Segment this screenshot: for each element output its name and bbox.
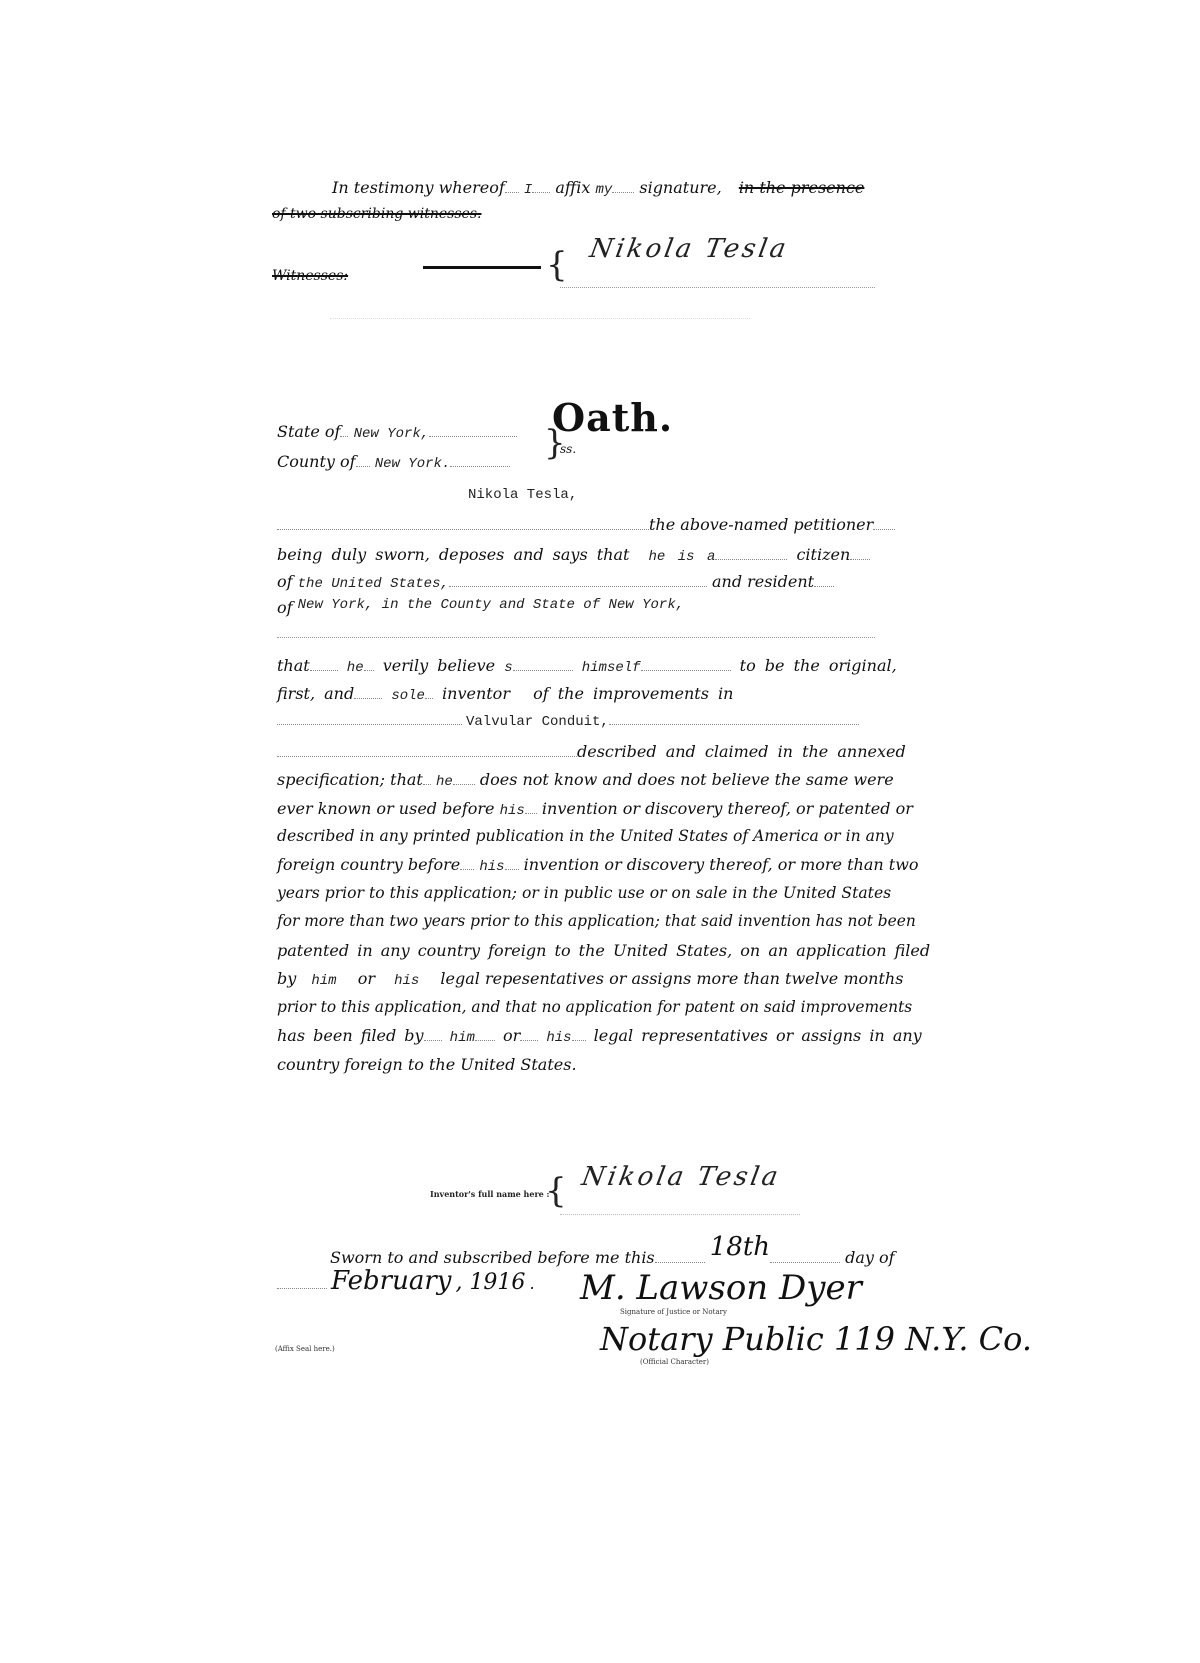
oath-text: and resident	[712, 572, 814, 591]
oath-document-page: In testimony whereof I affix my signatur…	[0, 0, 1200, 1663]
official-character-label: (Official Character)	[640, 1358, 709, 1366]
oath-line-13: years prior to this application; or in p…	[277, 884, 891, 902]
oath-text: to be the original,	[740, 656, 897, 675]
oath-line-10: ever known or used before his invention …	[277, 799, 913, 819]
oath-text: of	[277, 572, 293, 591]
oath-line-12: foreign country before his invention or …	[277, 855, 919, 875]
oath-line-4: of New York, in the County and State of …	[277, 598, 684, 618]
oath-fill: he	[347, 660, 364, 676]
oath-line-15: patented in any country foreign to the U…	[277, 941, 930, 960]
testimony-punct: ,	[717, 178, 722, 197]
oath-line-14: for more than two years prior to this ap…	[277, 912, 916, 930]
testimony-affix: affix	[555, 178, 590, 197]
oath-line-7: Valvular Conduit,	[277, 712, 859, 730]
petitioner-name: Nikola Tesla,	[468, 487, 577, 503]
day-value: 18th	[710, 1232, 770, 1262]
signature-line	[560, 287, 875, 288]
inventor-brace-icon: {	[545, 1174, 567, 1208]
oath-text: specification; that	[277, 770, 423, 789]
oath-line-1: the above-named petitioner	[277, 515, 895, 534]
oath-fill: his	[479, 859, 504, 875]
oath-text: does not know and does not believe the s…	[480, 770, 894, 789]
oath-text: has been filed by	[277, 1026, 424, 1045]
county-line: County of New York.	[277, 452, 510, 472]
oath-text: foreign country before	[277, 855, 460, 874]
oath-line-17: prior to this application, and that no a…	[277, 998, 912, 1016]
oath-line-3: of the United States, and resident	[277, 572, 834, 592]
notary-signature-label: Signature of Justice or Notary	[620, 1308, 727, 1316]
struck-presence-text: in the presence	[739, 178, 865, 197]
oath-fill: sole	[391, 688, 425, 704]
oath-text: described and claimed in the annexed	[577, 742, 906, 761]
oath-fill: he is a	[649, 549, 716, 565]
oath-fill: him	[450, 1030, 475, 1046]
oath-text: by	[277, 969, 296, 988]
testimony-signature-word: signature	[639, 178, 716, 197]
month-value: February	[331, 1266, 451, 1296]
county-label: County of	[277, 452, 356, 471]
ss-label: ss.	[560, 442, 576, 456]
oath-text: verily believe	[383, 656, 495, 675]
oath-text: or	[503, 1026, 520, 1045]
county-value: New York.	[375, 456, 451, 472]
testimony-prefix: In testimony whereof	[332, 178, 505, 197]
oath-line-5: that he verily believe s himself to be t…	[277, 656, 897, 676]
oath-text: citizen	[796, 545, 850, 564]
oath-line-9: specification; that he does not know and…	[277, 770, 894, 790]
oath-fill: himself	[582, 660, 641, 676]
oath-text: the above-named petitioner	[649, 515, 873, 534]
year-value: , 1916	[455, 1270, 525, 1295]
testimony-signature: Nikola Tesla	[590, 234, 788, 264]
oath-fill: him	[311, 973, 336, 989]
oath-text: that	[277, 656, 310, 675]
oath-line-2: being duly sworn, deposes and says that …	[277, 545, 870, 565]
invention-title: Valvular Conduit,	[466, 714, 609, 730]
struck-witnesses-text: of two subscribing witnesses.	[272, 206, 481, 222]
inventor-signature: Nikola Tesla	[582, 1162, 780, 1192]
tesla-signature-2: Nikola Tesla	[579, 1162, 783, 1192]
state-line: State of New York,	[277, 422, 517, 442]
month-year-line: February , 1916 .	[277, 1266, 535, 1296]
oath-fill: he	[436, 774, 453, 790]
oath-line-18: has been filed by him or his legal repre…	[277, 1026, 922, 1046]
oath-fill: his	[500, 803, 525, 819]
state-value: New York,	[354, 426, 430, 442]
tesla-signature-1: Nikola Tesla	[587, 234, 791, 264]
witnesses-label: Witnesses:	[272, 268, 348, 284]
inventor-signature-line	[560, 1214, 800, 1215]
faint-witness-line	[330, 318, 750, 319]
day-suffix: day of	[845, 1248, 894, 1267]
oath-text: inventor	[442, 684, 510, 703]
struck-witness-line	[423, 266, 541, 269]
oath-text: of the improvements in	[533, 684, 733, 703]
testimony-fill-person: I	[524, 182, 532, 198]
oath-fill: New York, in the County and State of New…	[298, 597, 684, 613]
oath-fill: his	[394, 973, 419, 989]
oath-text: invention or discovery thereof, or more …	[524, 855, 919, 874]
oath-text: first, and	[277, 684, 354, 703]
oath-line-11: described in any printed publication in …	[277, 827, 894, 845]
oath-text: legal repesentatives or assigns more tha…	[440, 969, 903, 988]
oath-fill: the United States,	[298, 576, 449, 592]
sworn-prefix: Sworn to and subscribed before me this	[330, 1248, 655, 1267]
blank-line	[277, 637, 875, 638]
oath-text: or	[358, 969, 375, 988]
oath-text: legal representatives or assigns in any	[594, 1026, 922, 1045]
seal-label: (Affix Seal here.)	[275, 1345, 335, 1353]
brace-icon: {	[546, 248, 568, 282]
official-character-value: Notary Public 119 N.Y. Co.	[600, 1320, 1032, 1358]
oath-fill: his	[546, 1030, 571, 1046]
oath-text: ever known or used before	[277, 799, 495, 818]
oath-text: invention or discovery thereof, or paten…	[542, 799, 913, 818]
inventor-name-label: Inventor's full name here :	[430, 1189, 550, 1199]
oath-line-8: described and claimed in the annexed	[277, 742, 906, 761]
oath-line-6: first, and sole inventor of the improvem…	[277, 684, 733, 704]
state-label: State of	[277, 422, 340, 441]
oath-title: Oath.	[552, 395, 673, 440]
testimony-fill-my: my	[595, 182, 612, 198]
testimony-line: In testimony whereof I affix my signatur…	[332, 178, 864, 198]
oath-text: being duly sworn, deposes and says that	[277, 545, 629, 564]
oath-text: of	[277, 598, 293, 617]
oath-fill: s	[504, 660, 512, 676]
oath-line-19: country foreign to the United States.	[277, 1055, 577, 1074]
notary-signature: M. Lawson Dyer	[580, 1268, 862, 1308]
oath-line-16: by him or his legal repesentatives or as…	[277, 969, 903, 989]
